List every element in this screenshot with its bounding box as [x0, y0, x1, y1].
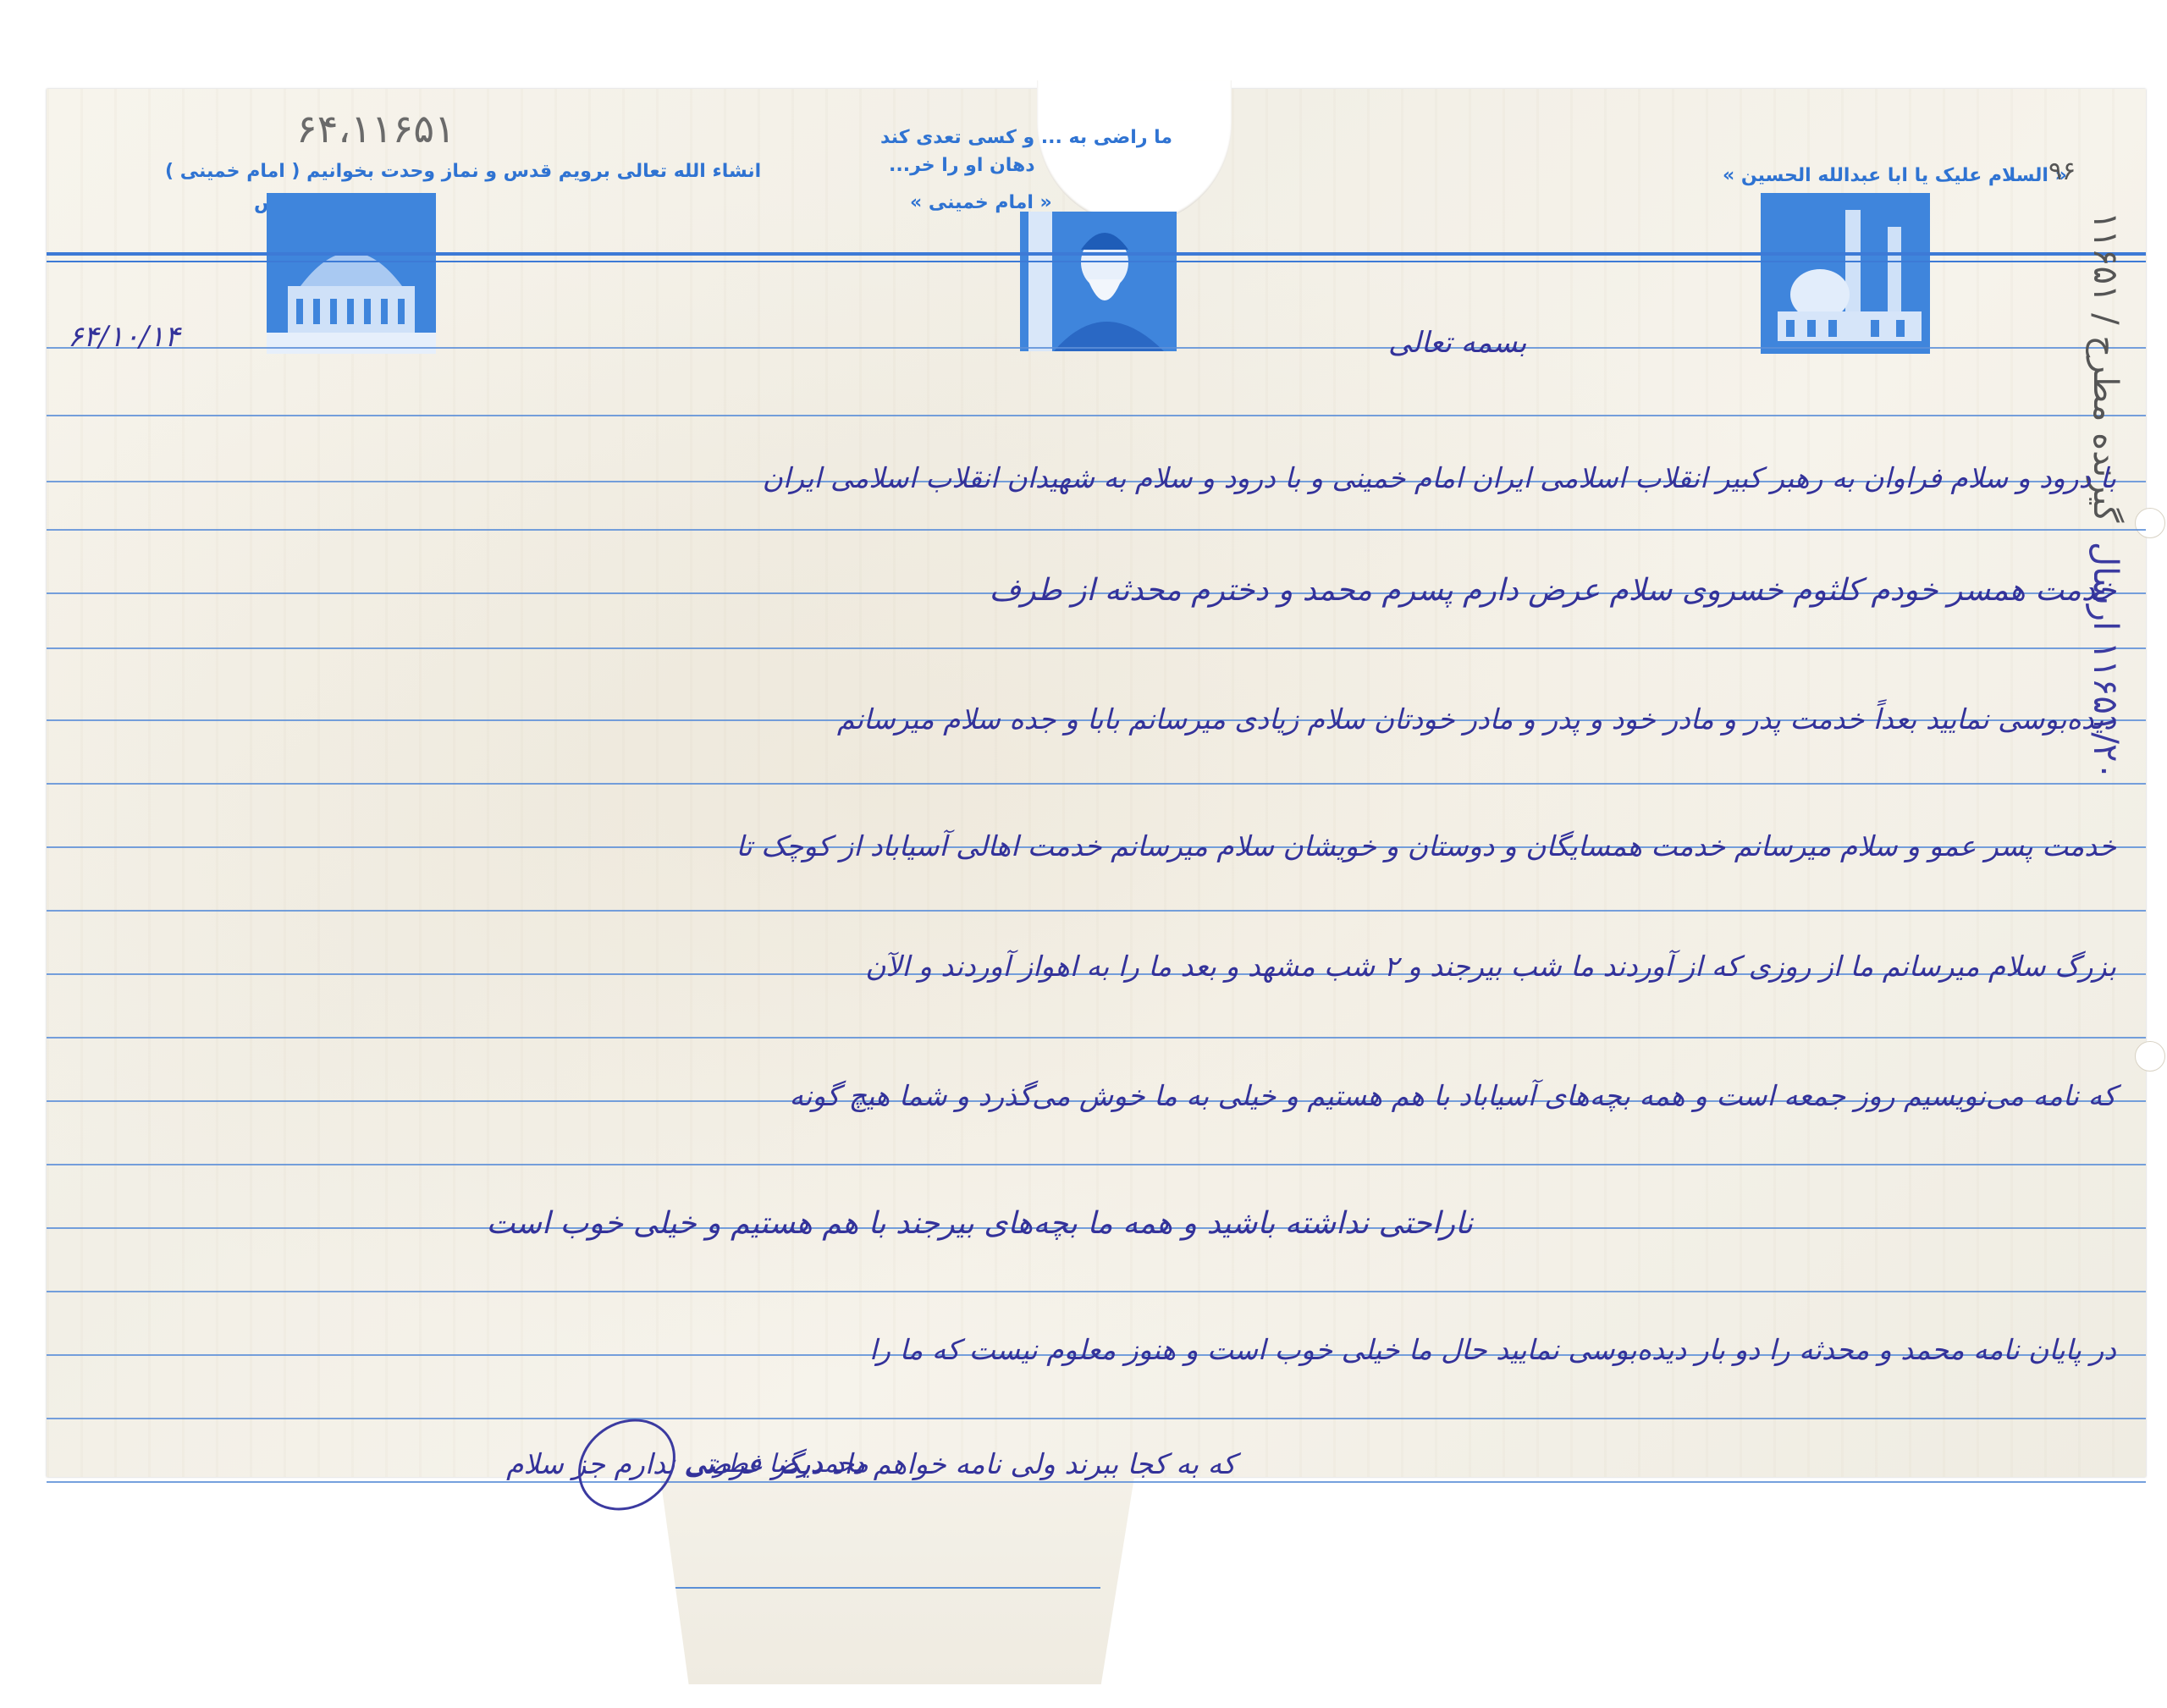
punch-hole: [2135, 508, 2165, 538]
ruled-line: [47, 783, 2146, 785]
letterhead-center-quote-2: دهان او را خر...: [889, 155, 1035, 176]
ruled-line: [47, 647, 2146, 649]
letterhead-left-quote: انشاء الله تعالی برویم قدس و نماز وحدت ب…: [165, 161, 761, 182]
portrait-image: [1020, 212, 1177, 351]
header-rule: [47, 252, 2146, 256]
ruled-line: [47, 1418, 2146, 1419]
ruled-line: [47, 1164, 2146, 1165]
ruled-line: [47, 1037, 2146, 1039]
letterhead-right-quote: « السلام علیک یا ابا عبدالله الحسین »: [1723, 165, 2067, 186]
ruled-line: [47, 347, 2146, 349]
letter-torn-tab: [660, 1477, 1134, 1684]
signature: محمدرضا فطرتی: [686, 1449, 868, 1479]
letterhead-center-attribution: « امام خمینی »: [910, 192, 1052, 213]
letterhead-center-quote-1: ما راضی به ... و کسی تعدی کند: [880, 127, 1172, 148]
header-rule: [47, 261, 2146, 262]
reference-number: ۶۴،۱۱۶۵۱: [296, 106, 455, 152]
letter-line: خدمت پسر عمو و سلام میرسانم خدمت همسایگا…: [736, 829, 2116, 862]
letter-date: ۶۴/۱۰/۱۴: [68, 320, 179, 354]
letter-line: که نامه می‌نویسیم روز جمعه است و همه بچه…: [790, 1079, 2116, 1112]
dome-of-the-rock-image: [267, 193, 436, 354]
letter-line: خدمت همسر خودم کلثوم خسروی سلام عرض دارم…: [990, 573, 2116, 608]
ruled-line: [47, 529, 2146, 531]
letter-line: ناراحتی نداشته باشید و همه ما بچه‌های بی…: [487, 1206, 1473, 1241]
ruled-line: [47, 910, 2146, 912]
letter-line: دیده‌بوسی نمایید بعداً خدمت پدر و مادر خ…: [837, 702, 2116, 736]
letter-heading: بسمه تعالی: [1388, 326, 1526, 360]
ruled-line: [47, 415, 2146, 416]
ruled-line: [47, 1481, 2146, 1483]
ruled-line: [47, 1291, 2146, 1292]
letter-line: با درود و سلام فراوان به رهبر کبیر انقلا…: [763, 461, 2116, 494]
margin-note-number: ۹۶: [2048, 157, 2076, 186]
punch-hole: [2135, 1041, 2165, 1072]
letter-line: بزرگ سلام میرسانم ما از روزی که از آوردن…: [865, 950, 2116, 983]
karbala-shrine-image: [1761, 193, 1930, 354]
letter-line: در پایان نامه محمد و محدثه را دو بار دید…: [869, 1333, 2116, 1366]
ruled-line: [669, 1587, 1100, 1589]
